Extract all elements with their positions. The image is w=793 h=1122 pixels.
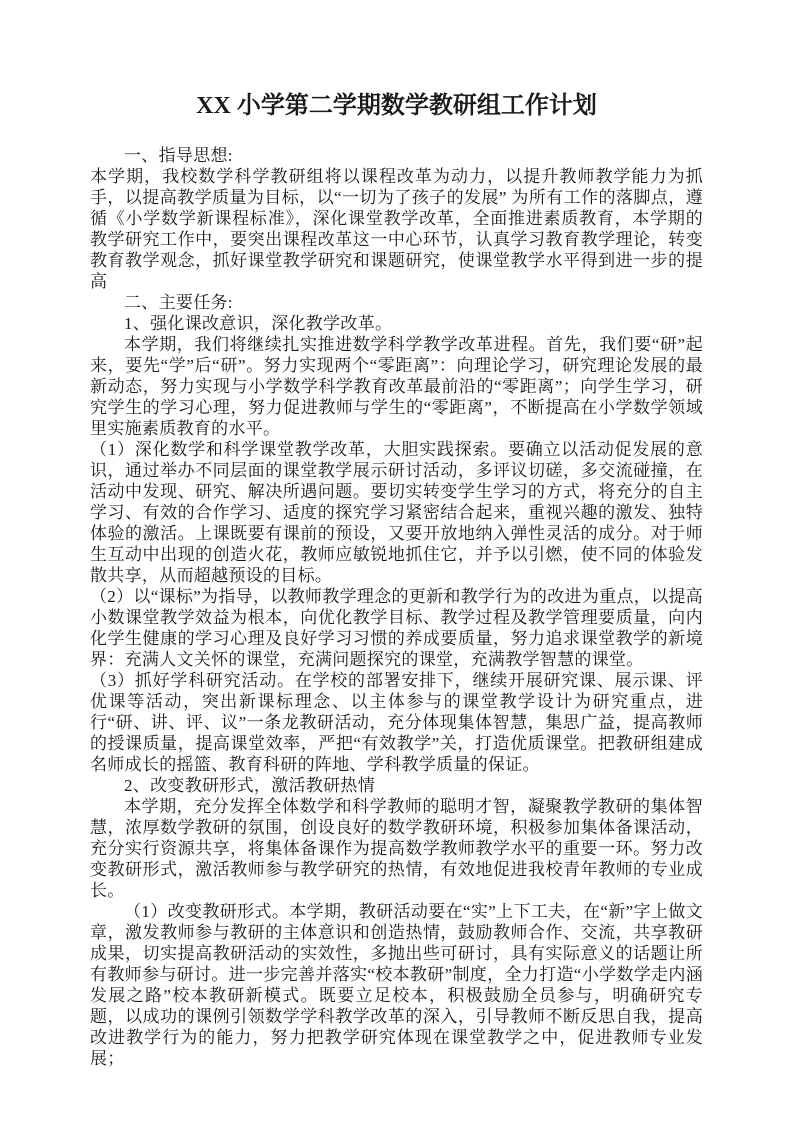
paragraph-task-1-item-3: （3）抓好学科研究活动。在学校的部署安排下，继续开展研究课、展示课、评优课等活动… — [90, 670, 703, 775]
document-title: XX 小学第二学期数学教研组工作计划 — [90, 92, 703, 121]
section-heading-main-tasks: 二、主要任务: — [90, 292, 703, 313]
document-page: XX 小学第二学期数学教研组工作计划 一、指导思想: 本学期，我校数学科学教研组… — [0, 0, 793, 1122]
paragraph-task-1-item-1: （1）深化数学和科学课堂教学改革，大胆实践探索。要确立以活动促发展的意识，通过举… — [90, 439, 703, 586]
paragraph-task-1-item-2: （2）以“课标”为指导，以教师教学理念的更新和教学行为的改进为重点，以提高小数课… — [90, 586, 703, 670]
paragraph-task-2-intro: 本学期，充分发挥全体数学和科学教师的聪明才智，凝聚教学教研的集体智慧，浓厚数学教… — [90, 796, 703, 901]
paragraph-task-1-intro: 本学期，我们将继续扎实推进数学科学教学改革进程。首先，我们要“研”起来，要先“学… — [90, 334, 703, 439]
paragraph-task-2-item-1: （1）改变教研形式。本学期，教研活动要在“实”上下工夫，在“新”字上做文章，激发… — [90, 901, 703, 1069]
section-heading-guiding-ideology: 一、指导思想: — [90, 145, 703, 166]
subheading-task-1: 1、强化课改意识，深化教学改革。 — [90, 313, 703, 334]
paragraph-guiding-ideology: 本学期，我校数学科学教研组将以课程改革为动力，以提升教师教学能力为抓手，以提高教… — [90, 166, 703, 292]
subheading-task-2: 2、改变教研形式，激活教研热情 — [90, 775, 703, 796]
